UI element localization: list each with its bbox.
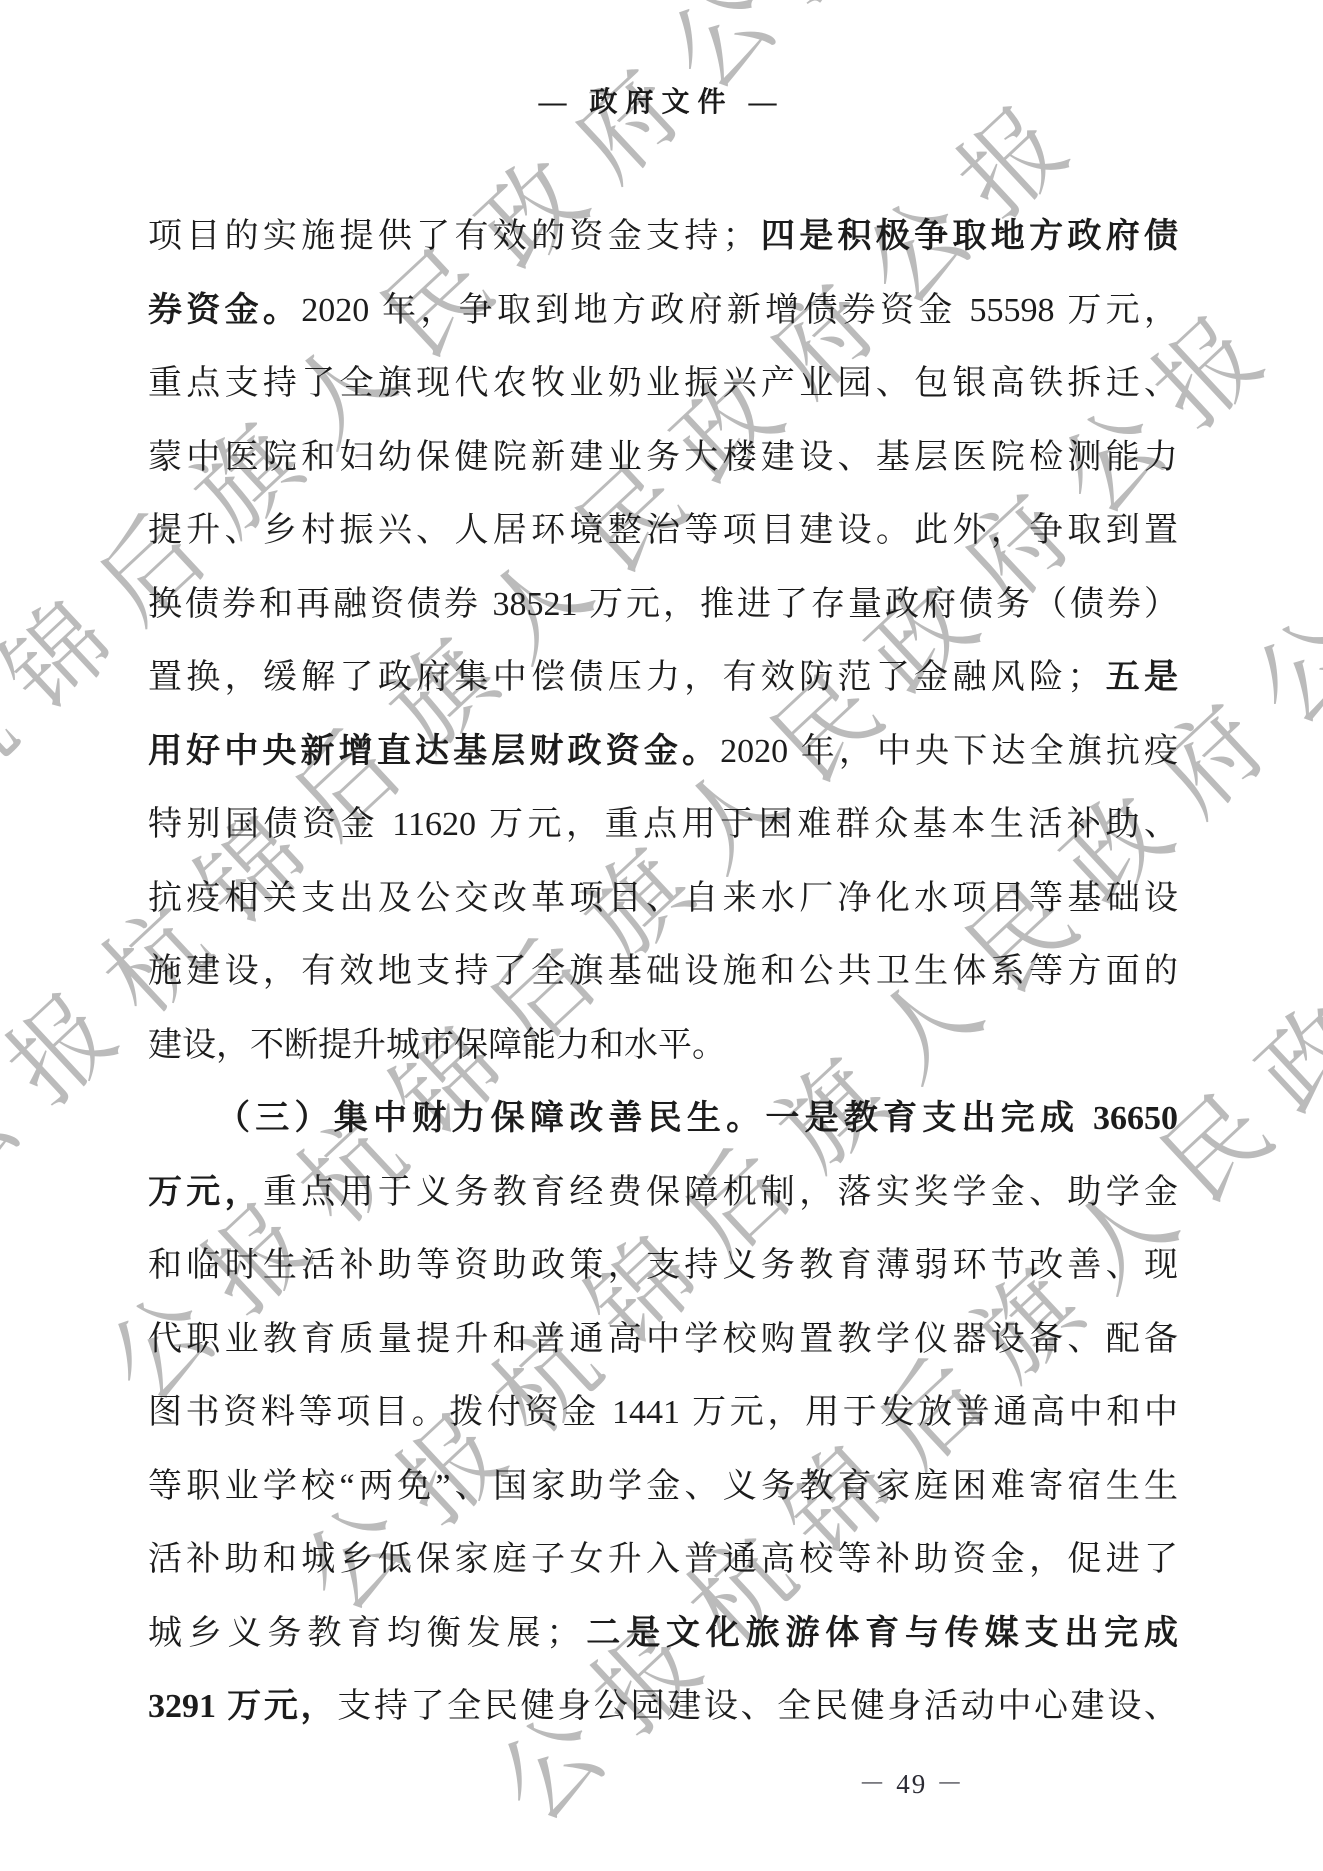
text-run-bold: 用好中央新增直达基层财政资金。 <box>148 733 720 770</box>
text-line: 特别国债资金 11620 万元，重点用于困难群众基本生活补助、 <box>148 788 1178 862</box>
text-run: 蒙中医院和妇幼保健院新建业务大楼建设、基层医院检测能力 <box>148 439 1178 476</box>
text-run: 活补助和城乡低保家庭子女升入普通高校等补助资金，促进了 <box>148 1541 1178 1578</box>
page-number: － 49 － <box>859 1762 966 1801</box>
text-line: 城乡义务教育均衡发展；二是文化旅游体育与传媒支出完成 <box>148 1597 1178 1671</box>
text-line: 抗疫相关支出及公交改革项目、自来水厂净化水项目等基础设 <box>148 862 1178 936</box>
text-line: 图书资料等项目。拨付资金 1441 万元，用于发放普通高中和中 <box>148 1376 1178 1450</box>
text-run: 图书资料等项目。拨付资金 1441 万元，用于发放普通高中和中 <box>148 1394 1178 1431</box>
text-run: 2020 年，中央下达全旗抗疫 <box>720 733 1178 770</box>
text-line: 施建设，有效地支持了全旗基础设施和公共卫生体系等方面的 <box>148 935 1178 1009</box>
text-run: 换债券和再融资债券 38521 万元，推进了存量政府债务（债券） <box>148 586 1178 623</box>
text-run: 支持了全民健身公园建设、全民健身活动中心建设、 <box>337 1688 1178 1725</box>
text-run-bold: 二是文化旅游体育与传媒支出完成 <box>580 1615 1178 1652</box>
document-page: 公报杭锦后旗人民政府公报公报杭锦后旗人民政府公报公报杭锦后旗人民政府公报公报杭锦… <box>0 0 1323 1871</box>
text-run: 和临时生活补助等资助政策，支持义务教育薄弱环节改善、现 <box>148 1247 1178 1284</box>
text-run: 置换，缓解了政府集中偿债压力，有效防范了金融风险； <box>148 659 1101 696</box>
text-run: 特别国债资金 11620 万元，重点用于困难群众基本生活补助、 <box>148 806 1178 843</box>
text-run: 城乡义务教育均衡发展； <box>148 1615 580 1652</box>
text-line: 项目的实施提供了有效的资金支持；四是积极争取地方政府债 <box>148 200 1178 274</box>
text-run-bold: 四是积极争取地方政府债 <box>757 218 1178 255</box>
text-line: 万元，重点用于义务教育经费保障机制，落实奖学金、助学金 <box>148 1156 1178 1230</box>
header-title: — 政府文件 — <box>0 80 1323 120</box>
text-run-bold: 3291 万元， <box>148 1688 337 1725</box>
text-line: 活补助和城乡低保家庭子女升入普通高校等补助资金，促进了 <box>148 1523 1178 1597</box>
text-line: 代职业教育质量提升和普通高中学校购置教学仪器设备、配备 <box>148 1303 1178 1377</box>
text-line: 等职业学校“两免”、国家助学金、义务教育家庭困难寄宿生生 <box>148 1450 1178 1524</box>
text-line: 建设，不断提升城市保障能力和水平。 <box>148 1009 1178 1083</box>
text-run: 代职业教育质量提升和普通高中学校购置教学仪器设备、配备 <box>148 1321 1178 1358</box>
text-run: 重点支持了全旗现代农牧业奶业振兴产业园、包银高铁拆迁、 <box>148 365 1178 402</box>
text-line: 和临时生活补助等资助政策，支持义务教育薄弱环节改善、现 <box>148 1229 1178 1303</box>
text-run: 项目的实施提供了有效的资金支持； <box>148 218 757 255</box>
text-line: 置换，缓解了政府集中偿债压力，有效防范了金融风险；五是 <box>148 641 1178 715</box>
text-line: 蒙中医院和妇幼保健院新建业务大楼建设、基层医院检测能力 <box>148 421 1178 495</box>
text-run: 2020 年，争取到地方政府新增债券资金 55598 万元， <box>301 292 1178 329</box>
text-run: 提升、乡村振兴、人居环境整治等项目建设。此外，争取到置 <box>148 512 1178 549</box>
text-line: 用好中央新增直达基层财政资金。2020 年，中央下达全旗抗疫 <box>148 715 1178 789</box>
text-run-bold: （三）集中财力保障改善民生。一是教育支出完成 36650 <box>216 1100 1178 1137</box>
text-line: 3291 万元，支持了全民健身公园建设、全民健身活动中心建设、 <box>148 1670 1178 1744</box>
text-run-bold: 五是 <box>1101 659 1178 696</box>
document-body: 项目的实施提供了有效的资金支持；四是积极争取地方政府债券资金。2020 年，争取… <box>148 200 1178 1744</box>
text-line: 重点支持了全旗现代农牧业奶业振兴产业园、包银高铁拆迁、 <box>148 347 1178 421</box>
text-line: 券资金。2020 年，争取到地方政府新增债券资金 55598 万元， <box>148 274 1178 348</box>
text-line: 提升、乡村振兴、人居环境整治等项目建设。此外，争取到置 <box>148 494 1178 568</box>
text-line: （三）集中财力保障改善民生。一是教育支出完成 36650 <box>148 1082 1178 1156</box>
text-run-bold: 券资金。 <box>148 292 301 329</box>
text-run: 重点用于义务教育经费保障机制，落实奖学金、助学金 <box>263 1174 1178 1211</box>
text-run: 抗疫相关支出及公交改革项目、自来水厂净化水项目等基础设 <box>148 880 1178 917</box>
text-line: 换债券和再融资债券 38521 万元，推进了存量政府债务（债券） <box>148 568 1178 642</box>
text-run: 建设，不断提升城市保障能力和水平。 <box>148 1027 726 1064</box>
text-run-bold: 万元， <box>148 1174 263 1211</box>
text-run: 施建设，有效地支持了全旗基础设施和公共卫生体系等方面的 <box>148 953 1178 990</box>
text-run: 等职业学校“两免”、国家助学金、义务教育家庭困难寄宿生生 <box>148 1468 1178 1505</box>
